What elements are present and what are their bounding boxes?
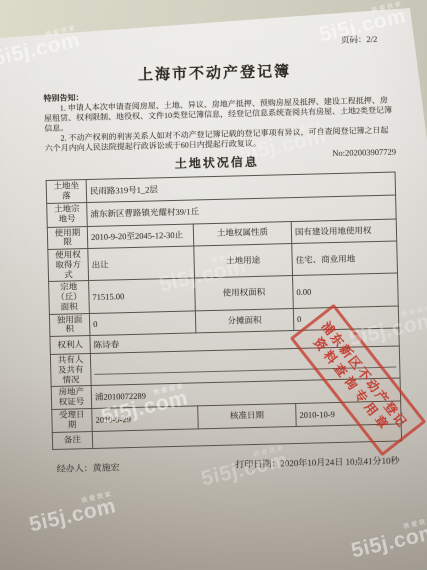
field-label: 受理日期 bbox=[52, 409, 93, 433]
field-label: 土地用途 bbox=[194, 244, 293, 279]
print-datetime: 2020年10月24日 10点41分10秒 bbox=[280, 455, 399, 468]
field-value: 2010-9-20至2045-12-30止 bbox=[87, 223, 194, 248]
page-number: 页码：2/2 bbox=[0, 25, 427, 54]
field-value: 0 bbox=[89, 311, 196, 336]
field-value: 2010-9-29 bbox=[92, 406, 199, 431]
field-value: 国有建设用地使用权 bbox=[291, 219, 397, 244]
field-label: 分摊面积 bbox=[195, 308, 294, 333]
document-paper: 页码：2/2 上海市不动产登记簿 特别告知： 1. 申请人本次申请查阅房屋、土地… bbox=[0, 0, 427, 570]
operator-name: 黄施宏 bbox=[93, 462, 120, 473]
special-notice: 特别告知： 1. 申请人本次申请查阅房屋、土地、异议、房地产抵押、预购房屋及抵押… bbox=[44, 86, 394, 155]
field-label: 共有人及共有情况 bbox=[50, 354, 91, 387]
field-value: 住宅、商业用地 bbox=[292, 241, 398, 276]
field-label: 土地宗地号 bbox=[47, 202, 88, 227]
field-label: 宗地（丘）面积 bbox=[49, 281, 90, 314]
field-value: 71515.00 bbox=[89, 278, 196, 313]
field-label: 独用面积 bbox=[49, 313, 90, 337]
print-date-label: 打印日期： bbox=[235, 458, 280, 469]
field-label: 土地权属性质 bbox=[193, 221, 292, 246]
field-label: 使用期限 bbox=[47, 226, 88, 250]
field-label: 备注 bbox=[52, 431, 92, 449]
photo-background: 页码：2/2 上海市不动产登记簿 特别告知： 1. 申请人本次申请查阅房屋、土地… bbox=[0, 0, 427, 570]
field-label: 房地产权证号 bbox=[51, 386, 92, 410]
field-label: 使用权取得方式 bbox=[48, 249, 89, 282]
document-title: 上海市不动产登记簿 bbox=[1, 57, 427, 88]
field-label: 权利人 bbox=[50, 336, 90, 355]
document-number: No:202003907729 bbox=[332, 146, 396, 158]
field-value: 出让 bbox=[88, 246, 195, 281]
operator-label: 经办人： bbox=[57, 463, 93, 474]
operator-line: 经办人：黄施宏 bbox=[56, 460, 119, 475]
field-label: 核准日期 bbox=[198, 404, 297, 429]
field-value: 0.00 bbox=[293, 273, 399, 308]
field-label: 使用权面积 bbox=[195, 276, 294, 311]
field-label: 土地坐落 bbox=[46, 180, 87, 204]
